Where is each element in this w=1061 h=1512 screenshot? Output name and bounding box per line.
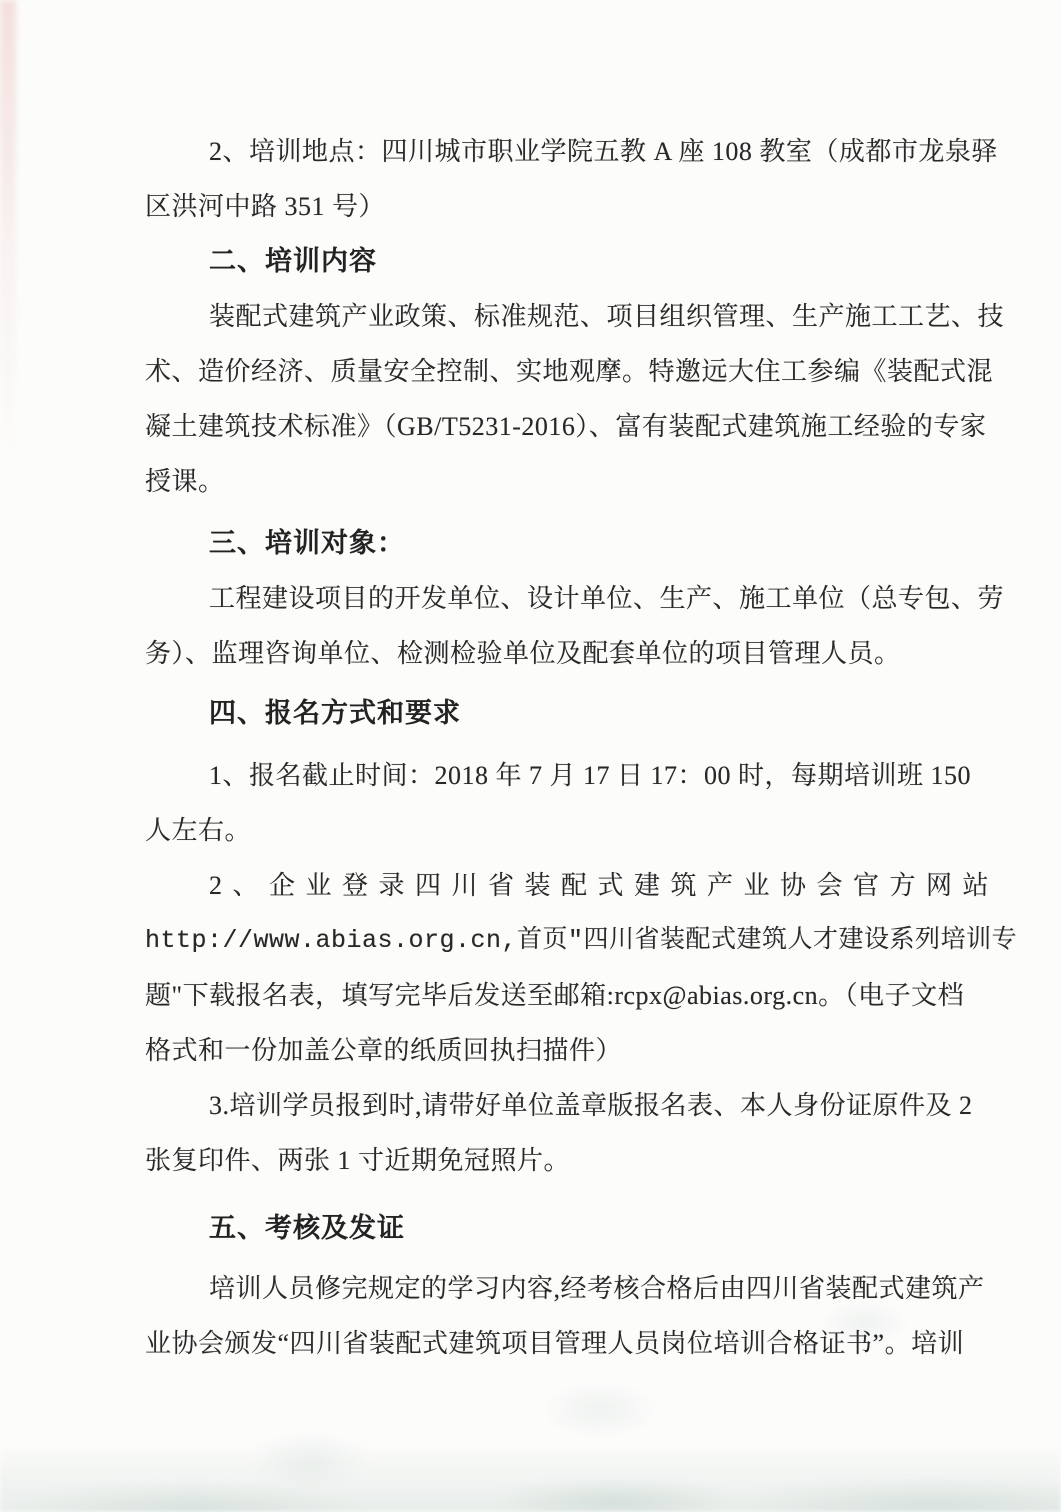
paragraph-line-website-intro: 2、企业登录四川省装配式建筑产业协会官方网站 <box>145 858 985 913</box>
scan-artifact-bottom-tint <box>0 1442 1061 1512</box>
paragraph-line-training-location: 2、培训地点：四川城市职业学院五教 A 座 108 教室（成都市龙泉驿 <box>145 124 985 179</box>
paragraph-line-training-location-cont: 区洪河中路 351 号） <box>145 179 985 234</box>
paragraph-line-scan-copy: 格式和一份加盖公章的纸质回执扫描件） <box>145 1023 985 1078</box>
section-heading-training-audience: 三、培训对象： <box>145 516 985 571</box>
paragraph-line-content-3: 凝土建筑技术标准》（GB/T5231-2016）、富有装配式建筑施工经验的专家 <box>145 399 985 454</box>
section-heading-training-content: 二、培训内容 <box>145 234 985 289</box>
paragraph-line-certificate-2: 业协会颁发“四川省装配式建筑项目管理人员岗位培训合格证书”。培训 <box>145 1316 985 1371</box>
paragraph-line-content-1: 装配式建筑产业政策、标准规范、项目组织管理、生产施工工艺、技 <box>145 289 985 344</box>
paragraph-line-checkin-2: 张复印件、两张 1 寸近期免冠照片。 <box>145 1133 985 1188</box>
paragraph-line-email: 题"下载报名表，填写完毕后发送至邮箱:rcpx@abias.org.cn。（电子… <box>145 968 985 1023</box>
paragraph-line-content-4: 授课。 <box>145 454 985 509</box>
paragraph-line-deadline-2: 人左右。 <box>145 803 985 858</box>
scan-smudge <box>250 1430 370 1490</box>
paragraph-line-deadline-1: 1、报名截止时间：2018 年 7 月 17 日 17：00 时，每期培训班 1… <box>145 748 985 803</box>
section-heading-registration: 四、报名方式和要求 <box>145 686 985 741</box>
paragraph-line-audience-1: 工程建设项目的开发单位、设计单位、生产、施工单位（总专包、劳 <box>145 571 985 626</box>
paragraph-line-website-url: http://www.abias.org.cn,首页"四川省装配式建筑人才建设系… <box>145 913 985 968</box>
scan-smudge <box>540 1380 660 1440</box>
paragraph-line-content-2: 术、造价经济、质量安全控制、实地观摩。特邀远大住工参编《装配式混 <box>145 344 985 399</box>
paragraph-line-audience-2: 务）、监理咨询单位、检测检验单位及配套单位的项目管理人员。 <box>145 626 985 681</box>
scan-artifact-left-tint <box>0 0 16 460</box>
paragraph-line-checkin-1: 3.培训学员报到时,请带好单位盖章版报名表、本人身份证原件及 2 <box>145 1078 985 1133</box>
document-page: 2、培训地点：四川城市职业学院五教 A 座 108 教室（成都市龙泉驿 区洪河中… <box>0 0 1061 1512</box>
section-heading-assessment: 五、考核及发证 <box>145 1201 985 1256</box>
paragraph-line-certificate-1: 培训人员修完规定的学习内容,经考核合格后由四川省装配式建筑产 <box>145 1261 985 1316</box>
